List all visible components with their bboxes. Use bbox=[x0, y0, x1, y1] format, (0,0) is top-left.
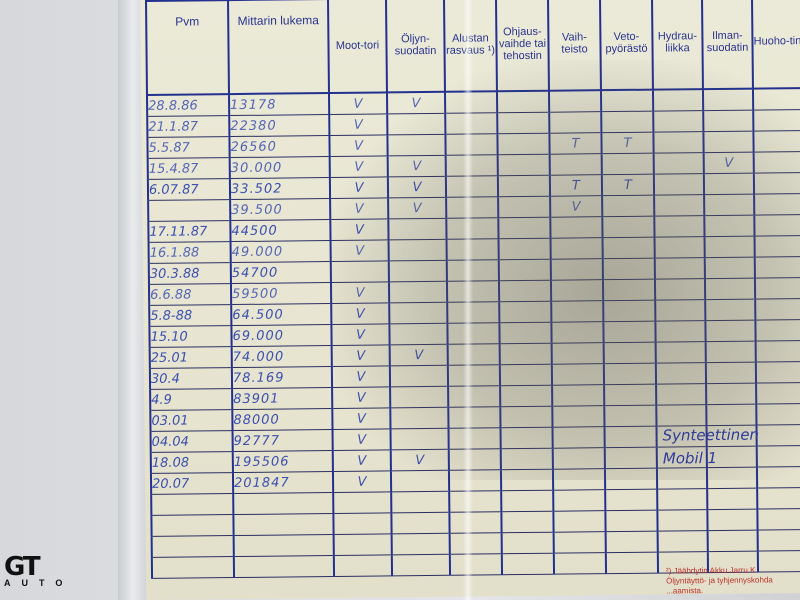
cell-date: 30.4 bbox=[150, 368, 232, 390]
cell-hydrauliikka bbox=[654, 174, 704, 196]
cell-ilmansuodatin bbox=[706, 341, 756, 363]
cell-vaihteisto bbox=[552, 343, 604, 365]
cell-odometer: 44500 bbox=[230, 220, 330, 242]
cell-alustan-rasvaus bbox=[447, 302, 499, 324]
cell-ilmansuodatin bbox=[708, 530, 758, 552]
cell-ohjausvaihde bbox=[501, 448, 553, 470]
cell-huohotin bbox=[758, 530, 800, 552]
cell-huohotin bbox=[757, 509, 800, 531]
cell-moottori bbox=[334, 555, 392, 577]
cell-ohjausvaihde bbox=[499, 259, 551, 281]
cell-vetopyorasto bbox=[601, 90, 653, 112]
cell-vetopyorasto bbox=[606, 552, 658, 574]
cell-moottori: V bbox=[331, 240, 389, 262]
cell-oljynsuodatin bbox=[387, 113, 445, 135]
log-body: 28.8.8613178VV21.1.8722380V5.5.8726560VT… bbox=[147, 88, 800, 578]
cell-ohjausvaihde bbox=[498, 154, 550, 176]
cell-huohotin bbox=[757, 446, 800, 468]
cell-moottori: V bbox=[330, 156, 388, 178]
cell-huohotin bbox=[757, 467, 800, 489]
cell-vaihteisto bbox=[552, 364, 604, 386]
header-vaihteisto: Vaih-teisto bbox=[548, 0, 601, 91]
cell-vetopyorasto bbox=[606, 531, 658, 553]
cell-alustan-rasvaus bbox=[450, 533, 502, 555]
cell-date bbox=[152, 557, 234, 579]
cell-huohotin bbox=[756, 362, 800, 384]
cell-vetopyorasto bbox=[604, 384, 656, 406]
cell-moottori: V bbox=[329, 114, 387, 136]
cell-odometer: 22380 bbox=[229, 115, 329, 137]
cell-alustan-rasvaus bbox=[449, 491, 501, 513]
cell-odometer bbox=[234, 556, 334, 578]
cell-vaihteisto: V bbox=[550, 196, 602, 218]
header-mittarin-lukema: Mittarin lukema bbox=[228, 0, 329, 94]
cell-date bbox=[151, 494, 233, 516]
cell-ilmansuodatin bbox=[706, 362, 756, 384]
cell-ohjausvaihde bbox=[502, 532, 554, 554]
cell-ohjausvaihde bbox=[499, 322, 551, 344]
cell-oljynsuodatin: V bbox=[387, 92, 445, 114]
cell-ilmansuodatin bbox=[703, 131, 753, 153]
cell-hydrauliikka bbox=[655, 321, 705, 343]
cell-date: 20.07 bbox=[151, 473, 233, 495]
cell-odometer: 69.000 bbox=[231, 325, 331, 347]
cell-odometer: 30.000 bbox=[230, 157, 330, 179]
cell-ilmansuodatin bbox=[703, 110, 753, 132]
cell-odometer: 13178 bbox=[229, 93, 329, 116]
cell-vaihteisto bbox=[552, 427, 604, 449]
cell-hydrauliikka bbox=[653, 132, 703, 154]
cell-odometer: 54700 bbox=[231, 262, 331, 284]
cell-huohotin bbox=[756, 404, 800, 426]
cell-odometer: 195506 bbox=[233, 451, 333, 473]
cell-oljynsuodatin bbox=[387, 134, 445, 156]
cell-alustan-rasvaus bbox=[450, 554, 502, 576]
cell-ilmansuodatin bbox=[705, 236, 755, 258]
cell-ohjausvaihde bbox=[500, 406, 552, 428]
cell-hydrauliikka bbox=[654, 195, 704, 217]
cell-hydrauliikka bbox=[657, 510, 707, 532]
cell-ohjausvaihde bbox=[502, 553, 554, 575]
header-oljynsuodatin: Öljyn-suodatin bbox=[386, 0, 445, 92]
cell-ohjausvaihde bbox=[500, 385, 552, 407]
handwritten-note-synthetic: Synteettinen bbox=[662, 426, 759, 445]
cell-date: 03.01 bbox=[150, 410, 232, 432]
cell-oljynsuodatin: V bbox=[388, 197, 446, 219]
cell-date: 15.10 bbox=[149, 326, 231, 348]
cell-vaihteisto bbox=[551, 238, 603, 260]
cell-hydrauliikka bbox=[658, 531, 708, 553]
cell-vetopyorasto bbox=[601, 111, 653, 133]
cell-date: 25.01 bbox=[150, 347, 232, 369]
cell-moottori: V bbox=[333, 471, 391, 493]
cell-oljynsuodatin bbox=[389, 302, 447, 324]
cell-oljynsuodatin bbox=[389, 239, 447, 261]
cell-moottori: V bbox=[330, 177, 388, 199]
cell-hydrauliikka bbox=[655, 279, 705, 301]
cell-odometer: 78.169 bbox=[232, 367, 332, 389]
cell-odometer: 59500 bbox=[231, 283, 331, 305]
watermark-sub: AUTO bbox=[4, 578, 73, 588]
cell-alustan-rasvaus bbox=[448, 386, 500, 408]
cell-vaihteisto bbox=[549, 90, 601, 112]
cell-date bbox=[152, 536, 234, 558]
header-moottori: Moot-tori bbox=[328, 0, 387, 93]
footnote-line-3: ...aamista. bbox=[666, 585, 773, 596]
cell-ohjausvaihde bbox=[497, 133, 549, 155]
cell-oljynsuodatin bbox=[390, 386, 448, 408]
cell-alustan-rasvaus bbox=[448, 407, 500, 429]
cell-oljynsuodatin bbox=[390, 407, 448, 429]
cell-vaihteisto bbox=[552, 406, 604, 428]
cell-moottori: V bbox=[329, 135, 387, 157]
cell-odometer: 39.500 bbox=[230, 199, 330, 221]
cell-odometer bbox=[233, 493, 333, 515]
cell-ohjausvaihde bbox=[498, 175, 550, 197]
cell-date: 5.8-88 bbox=[149, 305, 231, 327]
cell-vaihteisto bbox=[550, 154, 602, 176]
cell-odometer: 26560 bbox=[229, 136, 329, 158]
cell-ohjausvaihde bbox=[499, 238, 551, 260]
cell-date: 18.08 bbox=[151, 452, 233, 474]
cell-vetopyorasto bbox=[602, 153, 654, 175]
cell-vetopyorasto bbox=[603, 237, 655, 259]
cell-moottori: V bbox=[330, 198, 388, 220]
cell-moottori: V bbox=[333, 429, 391, 451]
cell-huohotin bbox=[756, 341, 800, 363]
cell-ohjausvaihde bbox=[501, 469, 553, 491]
cell-hydrauliikka bbox=[657, 489, 707, 511]
cell-date: 6.07.87 bbox=[148, 179, 230, 201]
cell-oljynsuodatin: V bbox=[388, 176, 446, 198]
cell-hydrauliikka bbox=[653, 111, 703, 133]
cell-vetopyorasto bbox=[603, 321, 655, 343]
cell-vetopyorasto bbox=[605, 447, 657, 469]
cell-moottori: V bbox=[331, 282, 389, 304]
cell-date: 6.6.88 bbox=[149, 284, 231, 306]
cell-vaihteisto bbox=[551, 280, 603, 302]
watermark-logo: GT bbox=[4, 556, 73, 578]
cell-vetopyorasto bbox=[605, 468, 657, 490]
cell-ilmansuodatin bbox=[705, 299, 755, 321]
cell-vaihteisto bbox=[551, 259, 603, 281]
cell-ilmansuodatin bbox=[706, 383, 756, 405]
cell-oljynsuodatin bbox=[391, 470, 449, 492]
cell-vaihteisto bbox=[552, 385, 604, 407]
cell-date bbox=[151, 515, 233, 537]
cell-odometer: 33.502 bbox=[230, 178, 330, 200]
cell-moottori: V bbox=[331, 303, 389, 325]
cell-moottori bbox=[333, 492, 391, 514]
cell-huohotin bbox=[755, 278, 800, 300]
cell-alustan-rasvaus bbox=[449, 470, 501, 492]
cell-date: 16.1.88 bbox=[149, 242, 231, 264]
cell-oljynsuodatin bbox=[392, 554, 450, 576]
cell-huohotin bbox=[753, 110, 800, 132]
cell-vetopyorasto bbox=[603, 300, 655, 322]
cell-vetopyorasto bbox=[603, 279, 655, 301]
cell-vetopyorasto bbox=[602, 195, 654, 217]
cell-ilmansuodatin: V bbox=[704, 152, 754, 174]
cell-ilmansuodatin bbox=[705, 278, 755, 300]
cell-vetopyorasto bbox=[602, 216, 654, 238]
cell-vaihteisto bbox=[553, 469, 605, 491]
cell-hydrauliikka bbox=[657, 468, 707, 490]
cell-huohotin bbox=[754, 215, 800, 237]
cell-vaihteisto bbox=[554, 532, 606, 554]
cell-ilmansuodatin bbox=[707, 488, 757, 510]
cell-date: 21.1.87 bbox=[147, 116, 229, 138]
cell-vaihteisto bbox=[553, 448, 605, 470]
cell-vaihteisto bbox=[551, 322, 603, 344]
cell-vaihteisto: T bbox=[549, 133, 601, 155]
cell-vetopyorasto bbox=[605, 489, 657, 511]
page-fold-highlight bbox=[463, 0, 473, 600]
cell-moottori bbox=[333, 513, 391, 535]
cell-odometer bbox=[233, 514, 333, 536]
cell-ohjausvaihde bbox=[499, 280, 551, 302]
cell-moottori: V bbox=[332, 345, 390, 367]
cell-moottori: V bbox=[330, 219, 388, 241]
cell-ilmansuodatin bbox=[707, 509, 757, 531]
cell-ohjausvaihde bbox=[500, 427, 552, 449]
cell-odometer: 88000 bbox=[232, 409, 332, 431]
cell-ilmansuodatin bbox=[706, 404, 756, 426]
cell-huohotin bbox=[753, 88, 800, 110]
cell-moottori bbox=[331, 261, 389, 283]
cell-alustan-rasvaus bbox=[447, 281, 499, 303]
cell-moottori: V bbox=[332, 387, 390, 409]
cell-date: 30.3.88 bbox=[149, 263, 231, 285]
cell-hydrauliikka bbox=[656, 405, 706, 427]
cell-ilmansuodatin bbox=[705, 257, 755, 279]
cell-vetopyorasto: T bbox=[601, 132, 653, 154]
cell-moottori: V bbox=[331, 324, 389, 346]
cell-oljynsuodatin bbox=[388, 218, 446, 240]
cell-hydrauliikka bbox=[655, 258, 705, 280]
cell-ilmansuodatin bbox=[704, 173, 754, 195]
cell-date: 17.11.87 bbox=[148, 221, 230, 243]
header-row: Pvm Mittarin lukema Moot-tori Öljyn-suod… bbox=[146, 0, 800, 95]
cell-oljynsuodatin bbox=[392, 533, 450, 555]
cell-moottori: V bbox=[332, 408, 390, 430]
cell-oljynsuodatin bbox=[389, 323, 447, 345]
header-vetopyorasto: Veto-pyörästö bbox=[600, 0, 653, 90]
gt-auto-watermark: GT AUTO bbox=[4, 556, 73, 588]
cell-ohjausvaihde bbox=[499, 301, 551, 323]
cell-vetopyorasto bbox=[604, 405, 656, 427]
cell-huohotin bbox=[755, 320, 800, 342]
cell-oljynsuodatin bbox=[391, 512, 449, 534]
footnote-line-2: Öljyntäyttö- ja tyhjennyskohda bbox=[666, 575, 773, 586]
cell-ohjausvaihde bbox=[501, 490, 553, 512]
cell-vetopyorasto bbox=[604, 342, 656, 364]
header-hydrauliikka: Hydrau-liikka bbox=[652, 0, 703, 90]
cell-vetopyorasto bbox=[603, 258, 655, 280]
cell-moottori bbox=[334, 534, 392, 556]
cell-hydrauliikka bbox=[654, 153, 704, 175]
cell-odometer: 92777 bbox=[233, 430, 333, 452]
cell-moottori: V bbox=[332, 366, 390, 388]
cell-huohotin bbox=[754, 173, 800, 195]
cell-oljynsuodatin: V bbox=[388, 155, 446, 177]
cell-ohjausvaihde bbox=[500, 343, 552, 365]
cell-ohjausvaihde bbox=[497, 112, 549, 134]
cell-huohotin bbox=[757, 488, 800, 510]
cell-ilmansuodatin bbox=[705, 320, 755, 342]
cell-hydrauliikka bbox=[653, 89, 703, 111]
cell-vetopyorasto bbox=[604, 426, 656, 448]
cell-odometer: 83901 bbox=[232, 388, 332, 410]
cell-huohotin bbox=[755, 257, 800, 279]
cell-ilmansuodatin bbox=[704, 215, 754, 237]
header-ohjausvaihde: Ohjaus-vaihde tai tehostin bbox=[496, 0, 549, 91]
cell-alustan-rasvaus bbox=[448, 344, 500, 366]
header-pvm: Pvm bbox=[146, 0, 229, 95]
cell-vaihteisto bbox=[549, 112, 601, 134]
cell-vaihteisto bbox=[550, 217, 602, 239]
cell-huohotin bbox=[754, 152, 800, 174]
cell-oljynsuodatin bbox=[391, 428, 449, 450]
cell-date: 4.9 bbox=[150, 389, 232, 411]
cell-hydrauliikka bbox=[656, 363, 706, 385]
cell-odometer: 201847 bbox=[233, 472, 333, 494]
cell-ilmansuodatin bbox=[707, 467, 757, 489]
cell-alustan-rasvaus bbox=[449, 428, 501, 450]
cell-date: 04.04 bbox=[151, 431, 233, 453]
cell-vaihteisto bbox=[553, 511, 605, 533]
cell-vaihteisto: T bbox=[550, 175, 602, 197]
cell-hydrauliikka bbox=[654, 216, 704, 238]
cell-alustan-rasvaus bbox=[449, 449, 501, 471]
cell-date bbox=[148, 200, 230, 222]
cell-vaihteisto bbox=[551, 301, 603, 323]
cell-ilmansuodatin bbox=[703, 89, 753, 111]
cell-ohjausvaihde bbox=[498, 217, 550, 239]
cell-hydrauliikka bbox=[655, 300, 705, 322]
cell-huohotin bbox=[754, 194, 800, 216]
footnote: ²) Jäähdytin Akku Jarru K Öljyntäyttö- j… bbox=[666, 565, 773, 596]
cell-huohotin bbox=[756, 383, 800, 405]
cell-moottori: V bbox=[329, 92, 387, 114]
cell-huohotin bbox=[753, 131, 800, 153]
cell-moottori: V bbox=[333, 450, 391, 472]
cell-huohotin bbox=[755, 299, 800, 321]
cell-odometer: 64.500 bbox=[231, 304, 331, 326]
cell-huohotin bbox=[755, 236, 800, 258]
header-ilmansuodatin: Ilman-suodatin bbox=[702, 0, 753, 89]
cell-vaihteisto bbox=[553, 490, 605, 512]
cell-date: 28.8.86 bbox=[147, 94, 229, 116]
cell-vetopyorasto bbox=[604, 363, 656, 385]
cell-ohjausvaihde bbox=[501, 511, 553, 533]
cell-vetopyorasto: T bbox=[602, 174, 654, 196]
cell-oljynsuodatin bbox=[390, 365, 448, 387]
cell-oljynsuodatin bbox=[389, 281, 447, 303]
cell-oljynsuodatin bbox=[389, 260, 447, 282]
cell-hydrauliikka bbox=[656, 384, 706, 406]
cell-hydrauliikka bbox=[655, 237, 705, 259]
cell-alustan-rasvaus bbox=[448, 365, 500, 387]
cell-oljynsuodatin: V bbox=[391, 449, 449, 471]
cell-ohjausvaihde bbox=[498, 196, 550, 218]
cell-oljynsuodatin: V bbox=[390, 344, 448, 366]
cell-vetopyorasto bbox=[605, 510, 657, 532]
cell-ilmansuodatin bbox=[704, 194, 754, 216]
cell-hydrauliikka bbox=[656, 342, 706, 364]
cell-alustan-rasvaus bbox=[449, 512, 501, 534]
cell-odometer bbox=[234, 535, 334, 557]
handwritten-note-mobil: Mobil 1 bbox=[663, 449, 717, 468]
cell-ohjausvaihde bbox=[497, 91, 549, 113]
cell-vaihteisto bbox=[554, 553, 606, 575]
cell-huohotin bbox=[756, 425, 800, 447]
cell-alustan-rasvaus bbox=[447, 323, 499, 345]
cell-date: 15.4.87 bbox=[148, 158, 230, 180]
cell-ohjausvaihde bbox=[500, 364, 552, 386]
cell-oljynsuodatin bbox=[391, 491, 449, 513]
cell-odometer: 49.000 bbox=[231, 241, 331, 263]
cell-date: 5.5.87 bbox=[147, 137, 229, 159]
cell-odometer: 74.000 bbox=[232, 346, 332, 368]
header-huohotin: Huoho-tin bbox=[752, 0, 800, 89]
